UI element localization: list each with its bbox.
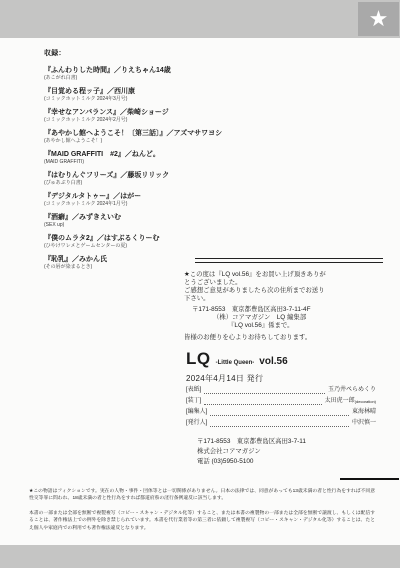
credit-name: 東海林晴 <box>352 407 376 418</box>
work-source: (コミックホットミルク 2024年3月号) <box>44 97 344 103</box>
work-source: (その唇が染まるとき) <box>44 265 344 271</box>
credit-row: [編集人] 東海林晴 <box>186 407 376 418</box>
work-source: (SEX up) <box>44 223 344 229</box>
notice-line: 下さい。 <box>184 295 384 303</box>
dotted-leader <box>204 404 321 405</box>
table-of-contents: 収録： 『ふんわりした時間』／りえちゃん14歳 (あこがれ白書) 『目覚める程ッ… <box>44 48 344 277</box>
volume-number: vol.56 <box>259 356 287 367</box>
work-title: 『はむりんぐフリーズ』／藤坂リリック <box>44 172 344 181</box>
notice-closing: 皆様のお便りを心よりお待ちしております。 <box>184 334 384 342</box>
feedback-address: （株）コアマガジン LQ 編集部 <box>184 314 384 322</box>
work-source: (コミックホットミルク 2024年1月号) <box>44 202 344 208</box>
staff-credits: [表紙] 玉乃井ぺらめくり [装丁] 太田虎一郎 (decoration) [編… <box>186 385 376 429</box>
star-icon: ★ <box>369 8 389 30</box>
toc-item: 『僕のムラタ2』／はすぶるくりーむ (ひやけワレメとゲームセンターの夏) <box>44 235 344 249</box>
dotted-leader <box>210 415 349 416</box>
work-source: (MAID GRAFFITI) <box>44 160 344 166</box>
notice-line: ご感想ご意見がありましたら次の住所までお送り <box>184 287 384 295</box>
work-source: (ぴゅあぷり白書) <box>44 181 344 187</box>
publication-date: 2024年4月14日 発行 <box>186 373 384 384</box>
toc-item: 『ふんわりした時間』／りえちゃん14歳 (あこがれ白書) <box>44 67 344 81</box>
work-source: (コミックホットミルク 2024年2月号) <box>44 118 344 124</box>
copyright-notice: 本書の一部または全部を無断で複製複写（コピー・スキャン・デジタル化等）すること、… <box>29 510 375 532</box>
credit-name: 中沢慎一 <box>352 418 376 429</box>
credit-row: [発行人] 中沢慎一 <box>186 418 376 429</box>
credit-name: 太田虎一郎 <box>325 396 355 407</box>
feedback-address: 『LQ vol.56』係まで。 <box>184 322 384 330</box>
credit-extra: (decoration) <box>355 396 376 407</box>
magazine-logo: LQ <box>186 349 211 369</box>
publisher-company: 株式会社コアマガジン <box>197 447 387 457</box>
publisher-phone: 電話 (03)5950-5100 <box>197 457 387 467</box>
favorite-button[interactable]: ★ <box>358 2 399 36</box>
notice-line: ★この度は『LQ vol.56』をお買い上げ頂きありが <box>184 271 384 279</box>
toc-item: 『MAID GRAFFITI #2』／ねんど。 (MAID GRAFFITI) <box>44 151 344 165</box>
reader-notice: ★この度は『LQ vol.56』をお買い上げ頂きありが とうございました。 ご感… <box>184 271 384 342</box>
dotted-leader <box>210 426 349 427</box>
publisher-info: 〒171-8553 東京都豊島区高田3-7-11 株式会社コアマガジン 電話 (… <box>197 437 387 467</box>
credit-label: [装丁] <box>186 396 201 407</box>
credit-name: 玉乃井ぺらめくり <box>328 385 376 396</box>
work-source: (ひやけワレメとゲームセンターの夏) <box>44 244 344 250</box>
feedback-address: 〒171-8553 東京都豊島区高田3-7-11-4F <box>184 306 384 314</box>
work-title: 『MAID GRAFFITI #2』／ねんど。 <box>44 151 344 160</box>
dotted-leader <box>204 393 325 394</box>
toc-item: 『幸せなアンバランス』／柴崎ショージ (コミックホットミルク 2024年2月号) <box>44 109 344 123</box>
work-source: (あやかし館へようこそ！) <box>44 139 344 145</box>
work-title: 『酒癖』／みずきえいむ <box>44 214 344 223</box>
notice-line: とうございました。 <box>184 279 384 287</box>
toc-heading: 収録： <box>44 48 344 58</box>
toc-item: 『目覚める程ッ子』／西川康 (コミックホットミルク 2024年3月号) <box>44 88 344 102</box>
credit-label: [編集人] <box>186 407 207 418</box>
fiction-disclaimer: ★この物語はフィクションです。実在の人物・事件・団体等とは一切関係がありません。… <box>29 488 375 503</box>
work-source: (あこがれ白書) <box>44 76 344 82</box>
toc-item: 『デジタルタトゥー』／はがー (コミックホットミルク 2024年1月号) <box>44 193 344 207</box>
reader-window: ★ 収録： 『ふんわりした時間』／りえちゃん14歳 (あこがれ白書) 『目覚める… <box>0 0 400 568</box>
credit-row: [表紙] 玉乃井ぺらめくり <box>186 385 376 396</box>
bottom-divider <box>340 478 399 480</box>
toc-item: 『あやかし館へようこそ！〔第三話〕』／アズマサワヨシ (あやかし館へようこそ！) <box>44 130 344 144</box>
masthead: LQ -Little Queen- vol.56 2024年4月14日 発行 <box>186 349 384 384</box>
magazine-subtitle: -Little Queen- <box>216 360 255 366</box>
work-title: 『ふんわりした時間』／りえちゃん14歳 <box>44 67 344 76</box>
credit-label: [発行人] <box>186 418 207 429</box>
publisher-postal: 〒171-8553 東京都豊島区高田3-7-11 <box>197 437 387 447</box>
toc-item: 『はむりんぐフリーズ』／藤坂リリック (ぴゅあぷり白書) <box>44 172 344 186</box>
credit-label: [表紙] <box>186 385 201 396</box>
section-divider <box>195 258 383 263</box>
legal-notices: ★この物語はフィクションです。実在の人物・事件・団体等とは一切関係がありません。… <box>29 488 375 539</box>
toc-item: 『酒癖』／みずきえいむ (SEX up) <box>44 214 344 228</box>
credit-row: [装丁] 太田虎一郎 (decoration) <box>186 396 376 407</box>
